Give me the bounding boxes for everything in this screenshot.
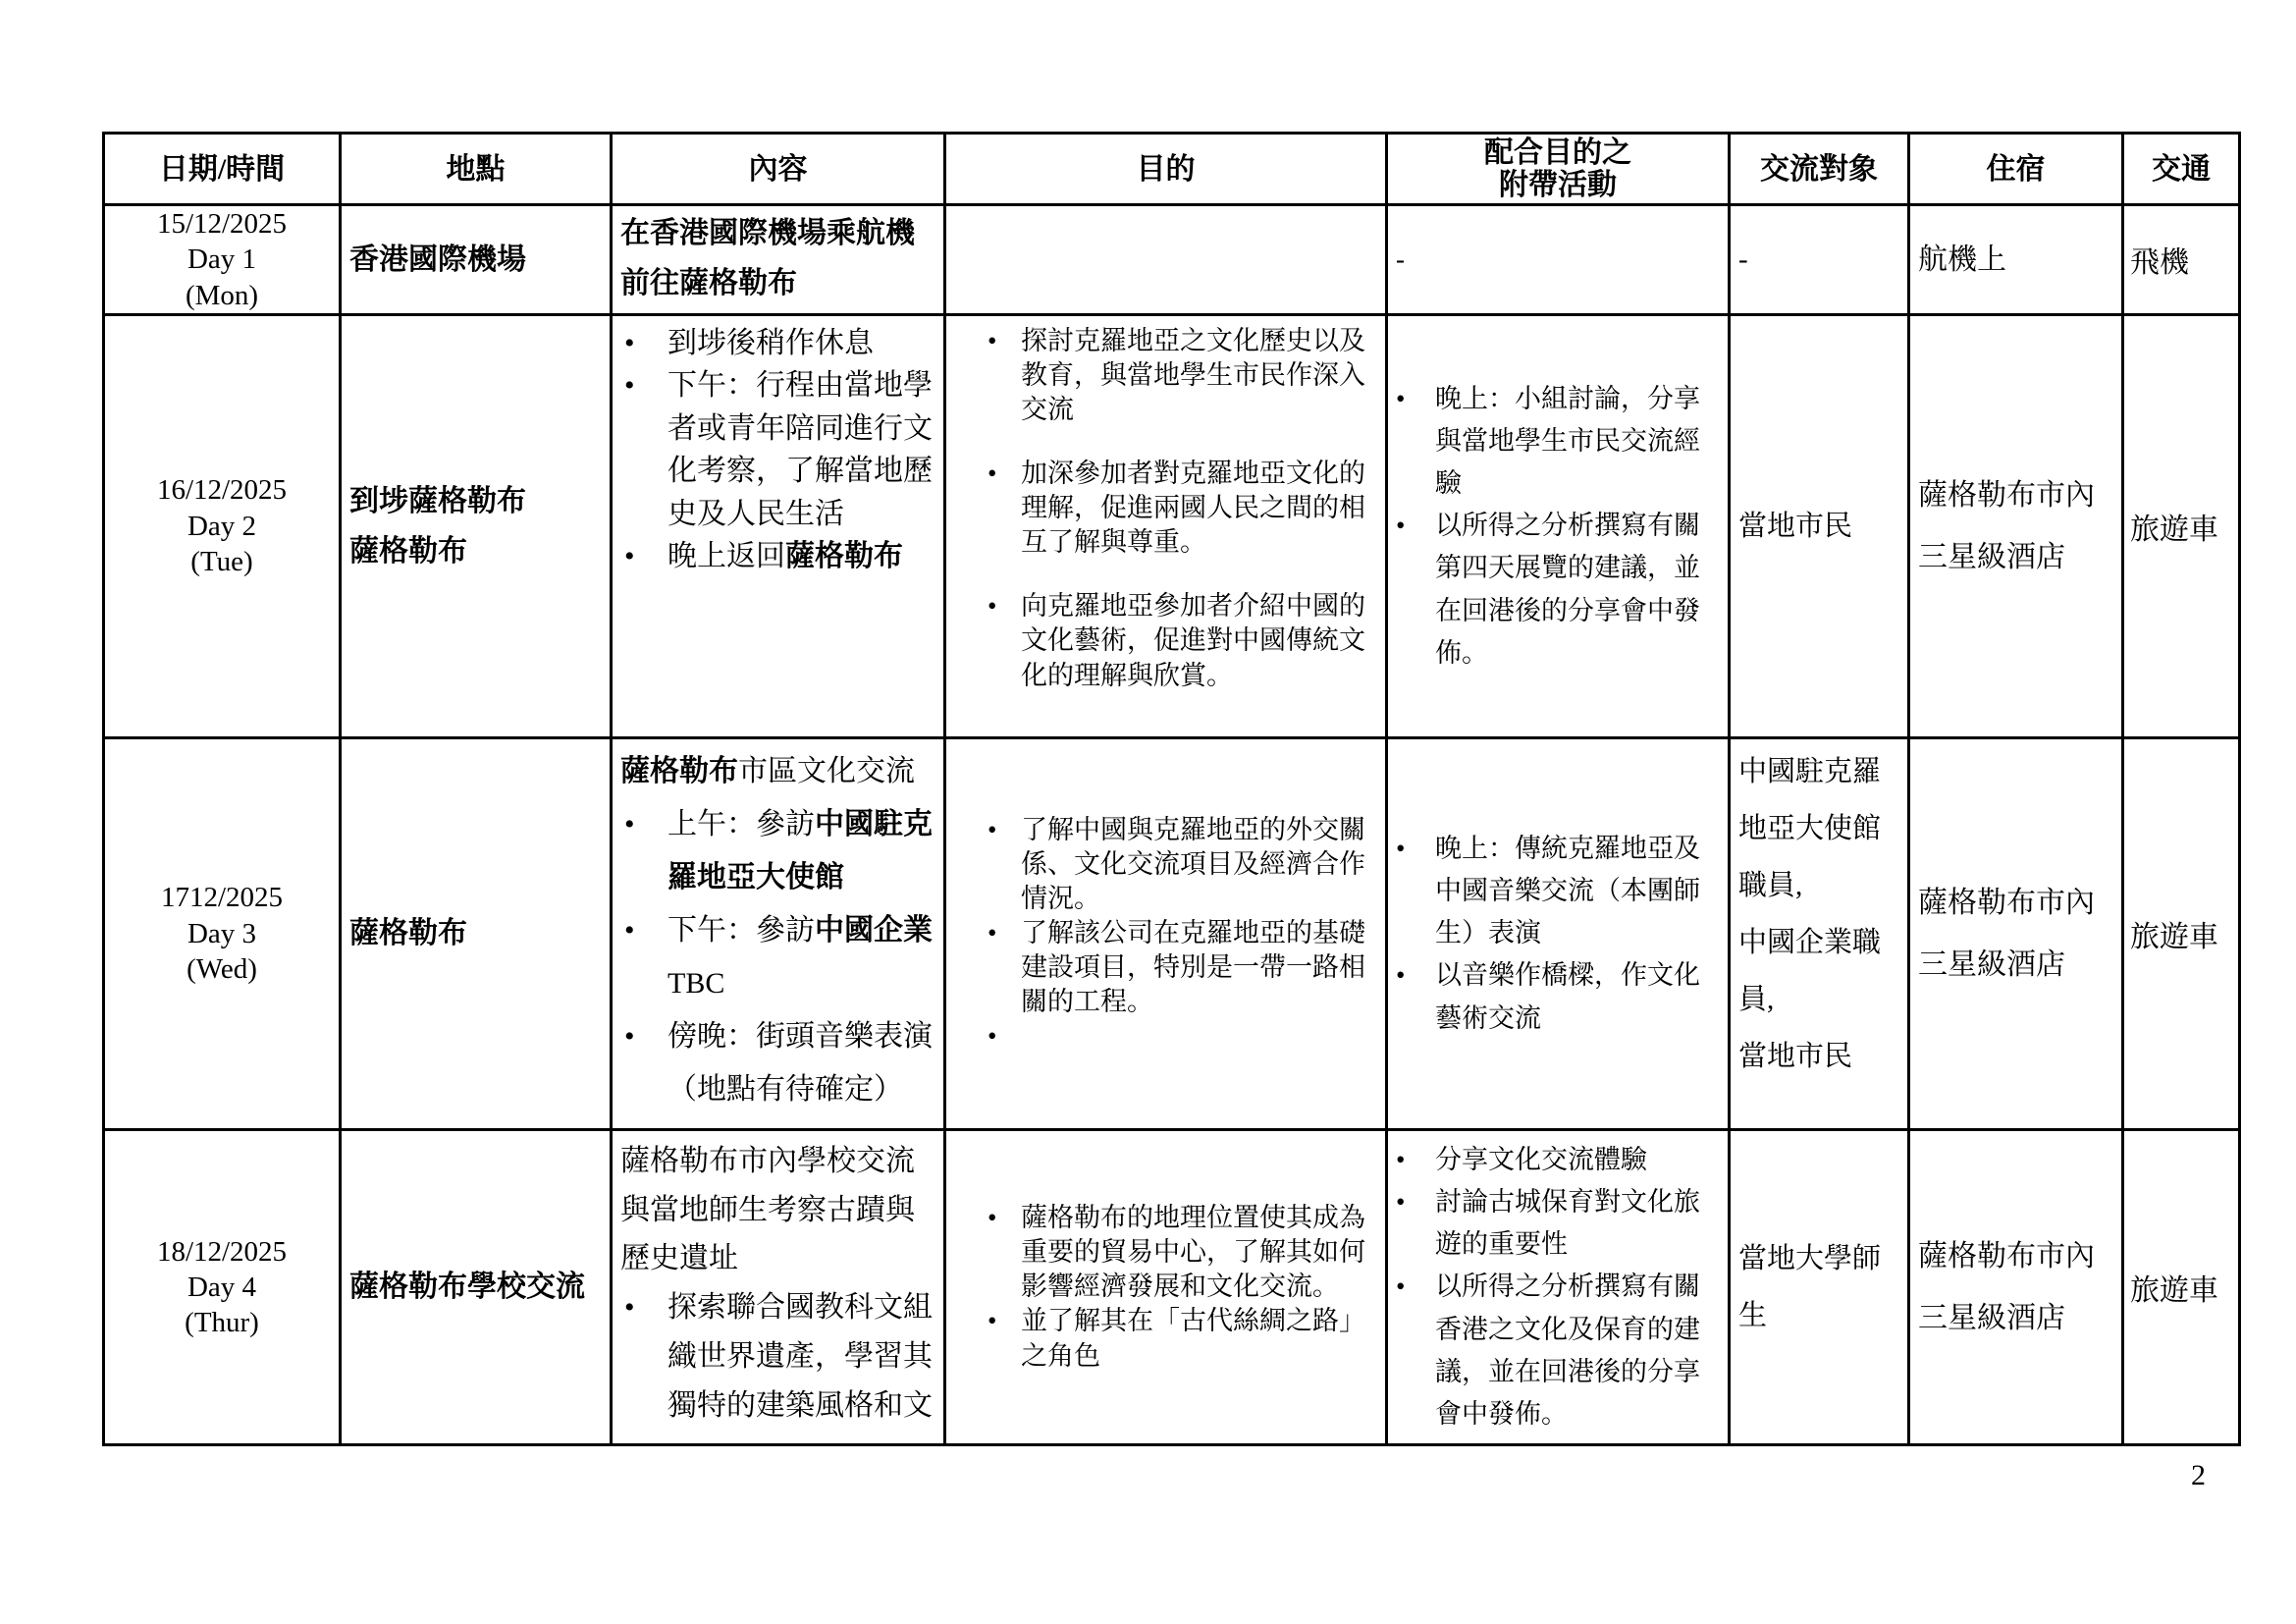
bullet-text: 以所得之分析撰寫有關第四天展覽的建議，並在回港後的分享會中發佈。 bbox=[1435, 505, 1720, 675]
text-line: 當地市民 bbox=[1738, 1028, 1899, 1085]
bullet-text: 以所得之分析撰寫有關香港之文化及保育的建議，並在回港後的分享會中發佈。 bbox=[1435, 1266, 1720, 1435]
day3-side-activities-cell: • 晚上：傳統克羅地亞及中國音樂交流（本團師生）表演 • 以音樂作橋樑，作文化藝… bbox=[1387, 737, 1730, 1129]
day4-accommodation-cell: 薩格勒布市內三星級酒店 bbox=[1909, 1129, 2123, 1444]
bullet-text: 並了解其在「古代絲綢之路」之角色 bbox=[1021, 1304, 1377, 1373]
bullet-icon: • bbox=[624, 364, 667, 407]
day2-exchange-targets-cell: 當地市民 bbox=[1730, 314, 1909, 737]
bullet-icon: • bbox=[1396, 1181, 1435, 1223]
bullet-item: • 到埗後稍作休息 bbox=[624, 322, 935, 365]
bullet-icon: • bbox=[988, 1304, 1021, 1338]
header-cell-side-activities: 配合目的之 附帶活動 bbox=[1387, 134, 1730, 205]
text-segment: TBC bbox=[667, 967, 724, 1000]
bullet-text: 上午：參訪中國駐克羅地亞大使館 bbox=[667, 798, 935, 904]
day1-accommodation-cell: 航機上 bbox=[1909, 205, 2123, 315]
bullet-icon: • bbox=[1396, 505, 1435, 547]
row-day3: 1712/2025 Day 3 (Wed) 薩格勒布 薩格勒布市區文化交流 • … bbox=[104, 737, 2240, 1129]
header-row: 日期/時間 地點 內容 目的 配合目的之 附帶活動 交流對象 住宿 交通 bbox=[104, 134, 2240, 205]
bullet-item: • 分享文化交流體驗 bbox=[1396, 1139, 1720, 1181]
bullet-item: • 探索聯合國教科文組織世界遺產，學習其獨特的建築風格和文 bbox=[624, 1283, 935, 1430]
bullet-item: • 以所得之分析撰寫有關第四天展覽的建議，並在回港後的分享會中發佈。 bbox=[1396, 505, 1720, 675]
bullet-item: • 傍晚：街頭音樂表演（地點有待確定） bbox=[624, 1010, 935, 1116]
bullet-icon: • bbox=[624, 535, 667, 578]
day3-date-cell: 1712/2025 Day 3 (Wed) bbox=[104, 737, 341, 1129]
bullet-icon: • bbox=[988, 1201, 1021, 1235]
bullet-text: 加深參加者對克羅地亞文化的理解，促進兩國人民之間的相互了解與尊重。 bbox=[1021, 457, 1377, 560]
bullet-icon: • bbox=[988, 1019, 1021, 1054]
day2-accommodation-cell: 薩格勒布市內三星級酒店 bbox=[1909, 314, 2123, 737]
bullet-list: • 探討克羅地亞之文化歷史以及教育，與當地學生市民作深入交流 • 加深參加者對克… bbox=[954, 324, 1377, 693]
day4-date-cell: 18/12/2025 Day 4 (Thur) bbox=[104, 1129, 341, 1444]
bullet-item: • 探討克羅地亞之文化歷史以及教育，與當地學生市民作深入交流 bbox=[988, 324, 1377, 427]
day2-side-activities-cell: • 晚上：小組討論，分享與當地學生市民交流經驗 • 以所得之分析撰寫有關第四天展… bbox=[1387, 314, 1730, 737]
content-intro: 薩格勒布市內學校交流與當地師生考察古蹟與歷史遺址 bbox=[620, 1137, 935, 1283]
text-line: 中國駐克羅地亞大使館職員, bbox=[1738, 743, 1899, 914]
day1-content-cell: 在香港國際機場乘航機前往薩格勒布 bbox=[612, 205, 945, 315]
day3-transport-cell: 旅遊車 bbox=[2123, 737, 2240, 1129]
bullet-item: • 上午：參訪中國駐克羅地亞大使館 bbox=[624, 798, 935, 904]
header-cell-exchange-targets: 交流對象 bbox=[1730, 134, 1909, 205]
bullet-icon: • bbox=[624, 322, 667, 365]
bullet-text: 到埗後稍作休息 bbox=[667, 322, 935, 365]
bullet-item: • 下午：參訪中國企業 TBC bbox=[624, 904, 935, 1010]
bullet-item: • 了解該公司在克羅地亞的基礎建設項目，特別是一帶一路相關的工程。 bbox=[988, 916, 1377, 1019]
day4-exchange-targets-cell: 當地大學師生 bbox=[1730, 1129, 1909, 1444]
bullet-icon: • bbox=[624, 904, 667, 957]
bullet-item: • 以音樂作橋樑，作文化藝術交流 bbox=[1396, 954, 1720, 1039]
day4-content-cell: 薩格勒布市內學校交流與當地師生考察古蹟與歷史遺址 • 探索聯合國教科文組織世界遺… bbox=[612, 1129, 945, 1444]
day3-content-cell: 薩格勒布市區文化交流 • 上午：參訪中國駐克羅地亞大使館 • 下午：參訪中國企業… bbox=[612, 737, 945, 1129]
bullet-icon: • bbox=[1396, 1139, 1435, 1181]
day1-location-cell: 香港國際機場 bbox=[341, 205, 612, 315]
header-cell-purpose: 目的 bbox=[945, 134, 1387, 205]
bullet-item: • 討論古城保育對文化旅遊的重要性 bbox=[1396, 1181, 1720, 1266]
bullet-text: 向克羅地亞參加者介紹中國的文化藝術，促進對中國傳統文化的理解與欣賞。 bbox=[1021, 589, 1377, 692]
day1-side-activities-cell: - bbox=[1387, 205, 1730, 315]
day4-transport-cell: 旅遊車 bbox=[2123, 1129, 2240, 1444]
bullet-icon: • bbox=[988, 916, 1021, 950]
bullet-item: • 以所得之分析撰寫有關香港之文化及保育的建議，並在回港後的分享會中發佈。 bbox=[1396, 1266, 1720, 1435]
day3-accommodation-cell: 薩格勒布市內三星級酒店 bbox=[1909, 737, 2123, 1129]
bullet-text: 薩格勒布的地理位置使其成為重要的貿易中心，了解其如何影響經濟發展和文化交流。 bbox=[1021, 1201, 1377, 1304]
bullet-text: 討論古城保育對文化旅遊的重要性 bbox=[1435, 1181, 1720, 1266]
bullet-text: 晚上：小組討論，分享與當地學生市民交流經驗 bbox=[1435, 378, 1720, 506]
bullet-icon: • bbox=[624, 1283, 667, 1332]
header-cell-date-time: 日期/時間 bbox=[104, 134, 341, 205]
bullet-item: • 加深參加者對克羅地亞文化的理解，促進兩國人民之間的相互了解與尊重。 bbox=[988, 457, 1377, 560]
text-segment: 下午：參訪 bbox=[667, 914, 815, 947]
day2-date-cell: 16/12/2025 Day 2 (Tue) bbox=[104, 314, 341, 737]
row-day4: 18/12/2025 Day 4 (Thur) 薩格勒布學校交流 薩格勒布市內學… bbox=[104, 1129, 2240, 1444]
header-cell-accommodation: 住宿 bbox=[1909, 134, 2123, 205]
bullet-item: • bbox=[988, 1019, 1377, 1054]
day2-location-cell: 到埗薩格勒布 薩格勒布 bbox=[341, 314, 612, 737]
bullet-item: • 向克羅地亞參加者介紹中國的文化藝術，促進對中國傳統文化的理解與欣賞。 bbox=[988, 589, 1377, 692]
text-segment-bold: 薩格勒布 bbox=[785, 540, 903, 572]
bullet-icon: • bbox=[1396, 378, 1435, 420]
row-day1: 15/12/2025 Day 1 (Mon) 香港國際機場 在香港國際機場乘航機… bbox=[104, 205, 2240, 315]
bullet-icon: • bbox=[988, 589, 1021, 623]
bullet-item: • 了解中國與克羅地亞的外交關係、文化交流項目及經濟合作情況。 bbox=[988, 813, 1377, 916]
bullet-text: 下午：行程由當地學者或青年陪同進行文化考察，了解當地歷史及人民生活 bbox=[667, 364, 935, 535]
document-page: { "glyphs": { "bullet": "•" }, "page_num… bbox=[0, 0, 2296, 1624]
text-segment: 市區文化交流 bbox=[738, 755, 915, 787]
bullet-text: 探討克羅地亞之文化歷史以及教育，與當地學生市民作深入交流 bbox=[1021, 324, 1377, 427]
bullet-text: 分享文化交流體驗 bbox=[1435, 1139, 1720, 1181]
header-cell-content: 內容 bbox=[612, 134, 945, 205]
header-cell-location: 地點 bbox=[341, 134, 612, 205]
bullet-text: 了解該公司在克羅地亞的基礎建設項目，特別是一帶一路相關的工程。 bbox=[1021, 916, 1377, 1019]
bullet-text: 晚上：傳統克羅地亞及中國音樂交流（本團師生）表演 bbox=[1435, 828, 1720, 955]
itinerary-table: 日期/時間 地點 內容 目的 配合目的之 附帶活動 交流對象 住宿 交通 15/… bbox=[102, 132, 2241, 1446]
bullet-icon: • bbox=[624, 1010, 667, 1063]
day1-exchange-targets-cell: - bbox=[1730, 205, 1909, 315]
text-segment: 晚上返回 bbox=[667, 540, 785, 572]
bullet-icon: • bbox=[624, 798, 667, 851]
bullet-item: • 薩格勒布的地理位置使其成為重要的貿易中心，了解其如何影響經濟發展和文化交流。 bbox=[988, 1201, 1377, 1304]
bullet-icon: • bbox=[988, 457, 1021, 491]
bullet-icon: • bbox=[1396, 1266, 1435, 1308]
bullet-item: • 晚上：傳統克羅地亞及中國音樂交流（本團師生）表演 bbox=[1396, 828, 1720, 955]
bullet-icon: • bbox=[988, 813, 1021, 847]
day1-transport-cell: 飛機 bbox=[2123, 205, 2240, 315]
text-segment-bold: 中國企業 bbox=[815, 914, 933, 947]
bullet-list: • 了解中國與克羅地亞的外交關係、文化交流項目及經濟合作情況。 • 了解該公司在… bbox=[954, 813, 1377, 1055]
bullet-text: 以音樂作橋樑，作文化藝術交流 bbox=[1435, 954, 1720, 1039]
bullet-icon: • bbox=[1396, 828, 1435, 870]
bullet-text: 晚上返回薩格勒布 bbox=[667, 535, 935, 578]
day2-purpose-cell: • 探討克羅地亞之文化歷史以及教育，與當地學生市民作深入交流 • 加深參加者對克… bbox=[945, 314, 1387, 737]
text-line: 中國企業職員, bbox=[1738, 914, 1899, 1028]
day4-purpose-cell: • 薩格勒布的地理位置使其成為重要的貿易中心，了解其如何影響經濟發展和文化交流。… bbox=[945, 1129, 1387, 1444]
bullet-item: • 晚上返回薩格勒布 bbox=[624, 535, 935, 578]
day3-purpose-cell: • 了解中國與克羅地亞的外交關係、文化交流項目及經濟合作情況。 • 了解該公司在… bbox=[945, 737, 1387, 1129]
day1-purpose-cell bbox=[945, 205, 1387, 315]
bullet-icon: • bbox=[1396, 954, 1435, 997]
bullet-list: • 薩格勒布的地理位置使其成為重要的貿易中心，了解其如何影響經濟發展和文化交流。… bbox=[954, 1201, 1377, 1373]
bullet-text: 傍晚：街頭音樂表演（地點有待確定） bbox=[667, 1010, 935, 1116]
bullet-item: • 並了解其在「古代絲綢之路」之角色 bbox=[988, 1304, 1377, 1373]
text-segment-bold: 薩格勒布 bbox=[620, 755, 738, 787]
day4-location-cell: 薩格勒布學校交流 bbox=[341, 1129, 612, 1444]
bullet-item: • 下午：行程由當地學者或青年陪同進行文化考察，了解當地歷史及人民生活 bbox=[624, 364, 935, 535]
day1-date-cell: 15/12/2025 Day 1 (Mon) bbox=[104, 205, 341, 315]
bullet-item: • 晚上：小組討論，分享與當地學生市民交流經驗 bbox=[1396, 378, 1720, 506]
bullet-text: 探索聯合國教科文組織世界遺產，學習其獨特的建築風格和文 bbox=[667, 1283, 935, 1430]
text-segment: 上午：參訪 bbox=[667, 808, 815, 840]
page-number: 2 bbox=[2191, 1459, 2206, 1492]
bullet-icon: • bbox=[988, 324, 1021, 358]
bullet-text: 下午：參訪中國企業 TBC bbox=[667, 904, 935, 1010]
day2-transport-cell: 旅遊車 bbox=[2123, 314, 2240, 737]
content-intro: 薩格勒布市區文化交流 bbox=[620, 745, 935, 798]
bullet-text: 了解中國與克羅地亞的外交關係、文化交流項目及經濟合作情況。 bbox=[1021, 813, 1377, 916]
day2-content-cell: • 到埗後稍作休息 • 下午：行程由當地學者或青年陪同進行文化考察，了解當地歷史… bbox=[612, 314, 945, 737]
header-cell-transport: 交通 bbox=[2123, 134, 2240, 205]
row-day2: 16/12/2025 Day 2 (Tue) 到埗薩格勒布 薩格勒布 • 到埗後… bbox=[104, 314, 2240, 737]
day3-location-cell: 薩格勒布 bbox=[341, 737, 612, 1129]
day4-side-activities-cell: • 分享文化交流體驗 • 討論古城保育對文化旅遊的重要性 • 以所得之分析撰寫有… bbox=[1387, 1129, 1730, 1444]
day3-exchange-targets-cell: 中國駐克羅地亞大使館職員, 中國企業職員, 當地市民 bbox=[1730, 737, 1909, 1129]
